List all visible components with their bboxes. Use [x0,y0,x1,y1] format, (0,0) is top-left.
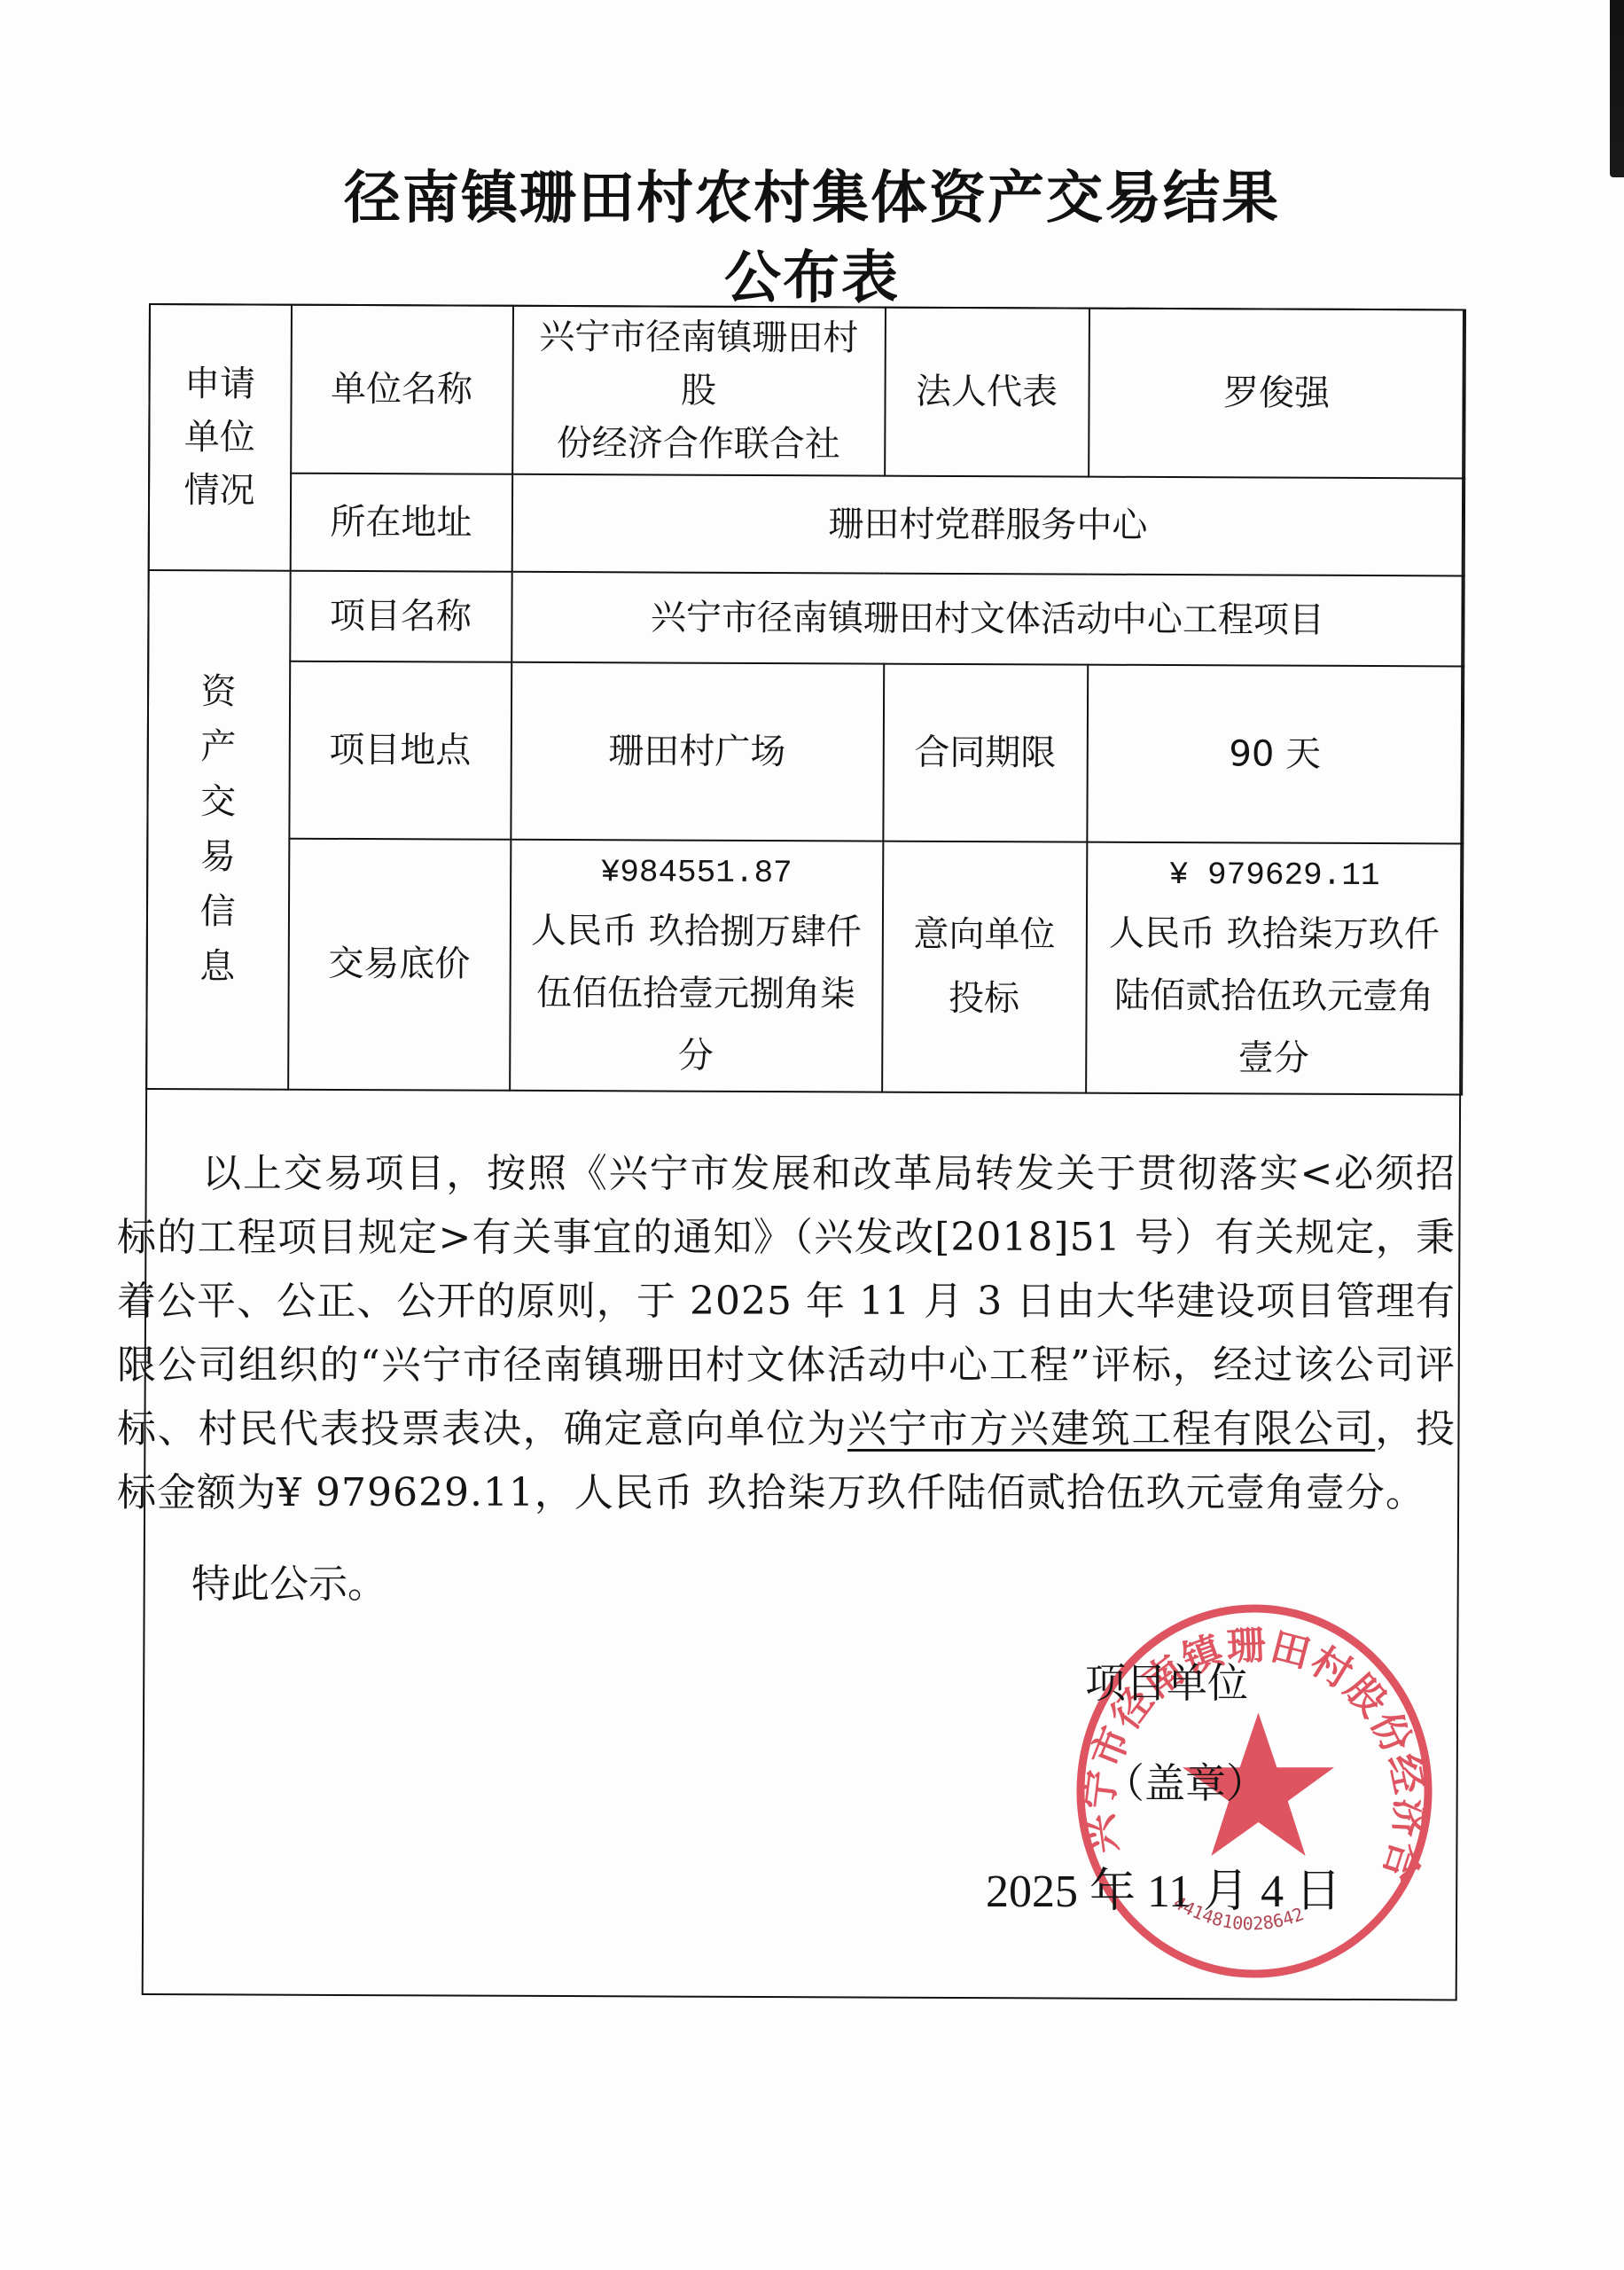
unit-name-label: 单位名称 [291,304,513,474]
reserve-price-amount: ¥984551.87 [520,843,873,901]
table-row: 所在地址 珊田村党群服务中心 [148,473,1464,575]
trade-result-table: 申请 单位 情况 单位名称 兴宁市径南镇珊田村股 份经济合作联合社 法人代表 罗… [145,302,1466,1094]
bid-amount: ¥ 979629.11 [1097,846,1453,904]
address-label: 所在地址 [290,473,511,571]
announcement-body: 以上交易项目，按照《兴宁市发展和改革局转发关于贯彻落实<必须招标的工程项目规定>… [117,1142,1456,1525]
table-row: 交易底价 ¥984551.87 人民币 玖拾捌万肆仟 伍佰伍拾壹元捌角柒 分 意… [146,837,1463,1093]
contract-period-label: 合同期限 [883,663,1088,841]
legal-rep-label: 法人代表 [885,307,1089,476]
applicant-section-label: 申请 单位 情况 [148,304,291,571]
table-row: 资 产 交 易 信 息 项目名称 兴宁市径南镇珊田村文体活动中心工程项目 [148,569,1464,665]
project-site-value: 珊田村广场 [511,661,884,841]
document-subtitle: 公布表 [0,232,1624,314]
project-name-value: 兴宁市径南镇珊田村文体活动中心工程项目 [511,571,1464,666]
bid-value: ¥ 979629.11 人民币 玖拾柒万玖仟 陆佰贰拾伍玖元壹角 壹分 [1086,841,1463,1094]
project-name-label: 项目名称 [290,570,511,661]
bidder-label: 意向单位 投标 [882,841,1087,1092]
announcement-paragraph: 以上交易项目，按照《兴宁市发展和改革局转发关于贯彻落实<必须招标的工程项目规定>… [117,1142,1456,1525]
address-value: 珊田村党群服务中心 [511,474,1464,575]
closing-statement: 特此公示。 [191,1552,386,1609]
signature-seal-label: （盖章） [1104,1751,1267,1810]
unit-name-value: 兴宁市径南镇珊田村股 份经济合作联合社 [512,305,886,475]
table-row: 申请 单位 情况 单位名称 兴宁市径南镇珊田村股 份经济合作联合社 法人代表 罗… [149,304,1465,478]
contract-period-value: 90 天 [1087,664,1464,843]
reserve-price-label: 交易底价 [288,838,511,1090]
document-title: 径南镇珊田村农村集体资产交易结果 [0,153,1624,234]
table-row: 项目地点 珊田村广场 合同期限 90 天 [147,660,1464,842]
reserve-price-value: ¥984551.87 人民币 玖拾捌万肆仟 伍佰伍拾壹元捌角柒 分 [510,839,883,1092]
asset-section-label: 资 产 交 易 信 息 [146,569,291,1089]
scan-edge-shadow [1610,0,1624,177]
winning-bidder: 兴宁市方兴建筑工程有限公司 [847,1406,1375,1452]
project-site-label: 项目地点 [289,661,511,839]
signature-date: 2025 年 11 月 4 日 [986,1853,1341,1920]
legal-rep-value: 罗俊强 [1089,308,1465,478]
signature-unit-label: 项目单位 [1085,1651,1248,1710]
